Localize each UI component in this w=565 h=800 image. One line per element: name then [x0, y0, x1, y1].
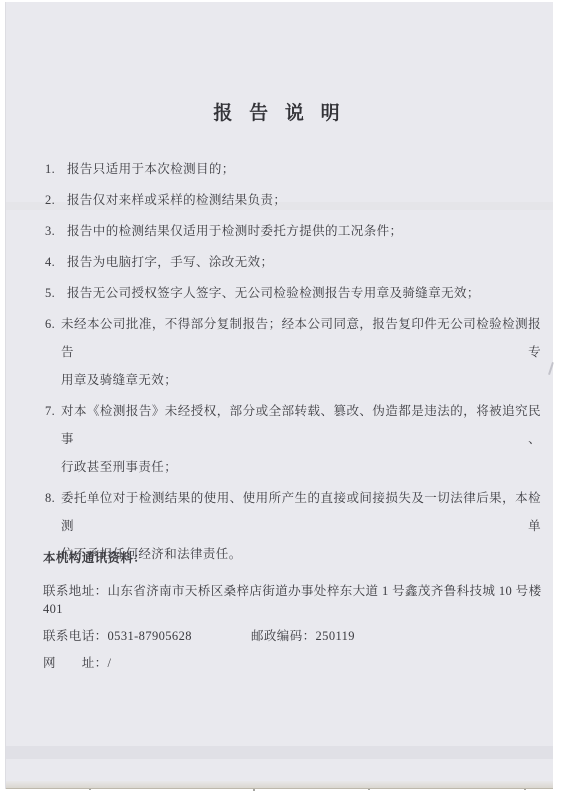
scan-artifact-band: [6, 746, 553, 759]
website-value: /: [108, 656, 112, 670]
item-text: 报告仅对来样或采样的检测结果负责；: [67, 186, 541, 214]
list-item: 5. 报告无公司授权签字人签字、无公司检验检测报告专用章及骑缝章无效；: [45, 279, 541, 307]
item-text: 行政甚至刑事责任；: [61, 453, 541, 481]
address-label: 联系地址：: [43, 584, 108, 598]
item-text: 未经本公司批准，不得部分复制报告；经本公司同意，报告复印件无公司检验检测报告专: [61, 310, 541, 366]
item-text: 报告中的检测结果仅适用于检测时委托方提供的工况条件；: [67, 217, 541, 245]
list-item: 7. 对本《检测报告》未经授权，部分或全部转载、篡改、伪造都是违法的，将被追究民…: [45, 397, 541, 481]
address-value: 山东省济南市天桥区桑梓店街道办事处梓东大道 1 号鑫茂齐鲁科技城 10 号楼 4…: [43, 584, 541, 616]
postcode-group: 邮政编码：250119: [251, 627, 355, 645]
contact-address-line: 联系地址：山东省济南市天桥区桑梓店街道办事处梓东大道 1 号鑫茂齐鲁科技城 10…: [43, 582, 543, 618]
item-text: 报告为电脑打字，手写、涂改无效；: [67, 248, 541, 276]
contact-phone-line: 联系电话：0531-87905628 邮政编码：250119: [43, 627, 543, 645]
scan-speck: [253, 789, 255, 791]
postcode-value: 250119: [316, 629, 355, 643]
item-number: 6.: [45, 310, 61, 394]
list-item: 4. 报告为电脑打字，手写、涂改无效；: [45, 248, 541, 276]
contact-website-line: 网 址：/: [43, 654, 543, 672]
postcode-label: 邮政编码：: [251, 629, 316, 643]
list-item: 1. 报告只适用于本次检测目的；: [45, 155, 541, 183]
numbered-list: 1. 报告只适用于本次检测目的； 2. 报告仅对来样或采样的检测结果负责； 3.…: [45, 155, 541, 571]
phone-value: 0531-87905628: [108, 629, 192, 643]
item-text: 报告只适用于本次检测目的；: [67, 155, 541, 183]
item-text: 委托单位对于检测结果的使用、使用所产生的直接或间接损失及一切法律后果，本检测单: [61, 484, 541, 540]
contact-info-block: 本机构通讯资料： 联系地址：山东省济南市天桥区桑梓店街道办事处梓东大道 1 号鑫…: [43, 549, 543, 672]
scan-edge-mark: [548, 362, 554, 375]
item-number: 5.: [45, 279, 67, 307]
item-number: 7.: [45, 397, 61, 481]
item-number: 4.: [45, 248, 67, 276]
list-item: 2. 报告仅对来样或采样的检测结果负责；: [45, 186, 541, 214]
item-text: 报告无公司授权签字人签字、无公司检验检测报告专用章及骑缝章无效；: [67, 279, 541, 307]
contact-heading: 本机构通讯资料：: [43, 549, 543, 567]
phone-group: 联系电话：0531-87905628: [43, 627, 251, 645]
item-text: 对本《检测报告》未经授权，部分或全部转载、篡改、伪造都是违法的，将被追究民事、: [61, 397, 541, 453]
item-number: 1.: [45, 155, 67, 183]
phone-label: 联系电话：: [43, 629, 108, 643]
page-bottom-edge: [6, 781, 553, 789]
item-number: 3.: [45, 217, 67, 245]
website-label: 网 址：: [43, 656, 108, 670]
list-item: 6. 未经本公司批准，不得部分复制报告；经本公司同意，报告复印件无公司检验检测报…: [45, 310, 541, 394]
scanned-page: 报 告 说 明 1. 报告只适用于本次检测目的； 2. 报告仅对来样或采样的检测…: [5, 2, 553, 789]
item-number: 2.: [45, 186, 67, 214]
page-title: 报 告 说 明: [6, 98, 553, 125]
list-item: 3. 报告中的检测结果仅适用于检测时委托方提供的工况条件；: [45, 217, 541, 245]
item-text: 用章及骑缝章无效；: [61, 366, 541, 394]
